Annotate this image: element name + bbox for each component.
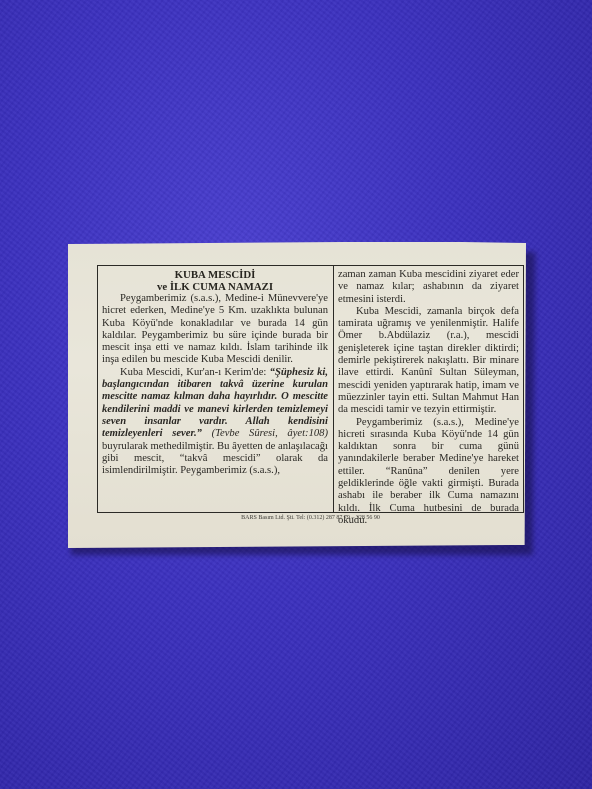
article-frame: KUBA MESCİDİ ve İLK CUMA NAMAZI Peygambe… <box>97 265 524 513</box>
right-paragraph-1: Kuba Mescidi, zamanla birçok defa tamira… <box>338 306 519 417</box>
article-title: KUBA MESCİDİ ve İLK CUMA NAMAZI <box>102 270 328 293</box>
left-paragraph-1: Peygamberimiz (s.a.s.), Medine-i Münevve… <box>102 293 328 367</box>
right-column: zaman zaman Kuba mescidini ziyaret eder … <box>338 269 519 510</box>
left-paragraph-2-rest: buyrularak methedilmiştir. Bu âyetten de… <box>102 441 328 477</box>
printer-footer: BARS Basım Ltd. Şti. Tel: (0.312) 287 87… <box>97 515 524 521</box>
verse-reference: (Tevbe Sûresi, âyet:108) <box>212 428 328 439</box>
title-line-2: ve İLK CUMA NAMAZI <box>102 282 328 294</box>
title-line-1: KUBA MESCİDİ <box>102 270 328 282</box>
quote-intro: Kuba Mescidi, Kur'an-ı Kerim'de: <box>120 367 266 378</box>
right-paragraph-2: Peygamberimiz (s.a.s.), Medine'ye hicret… <box>338 417 519 528</box>
column-divider <box>333 266 334 512</box>
left-column: KUBA MESCİDİ ve İLK CUMA NAMAZI Peygambe… <box>102 269 328 510</box>
left-paragraph-2: Kuba Mescidi, Kur'an-ı Kerim'de: “Şüphes… <box>102 367 328 478</box>
right-paragraph-0: zaman zaman Kuba mescidini ziyaret eder … <box>338 269 519 306</box>
